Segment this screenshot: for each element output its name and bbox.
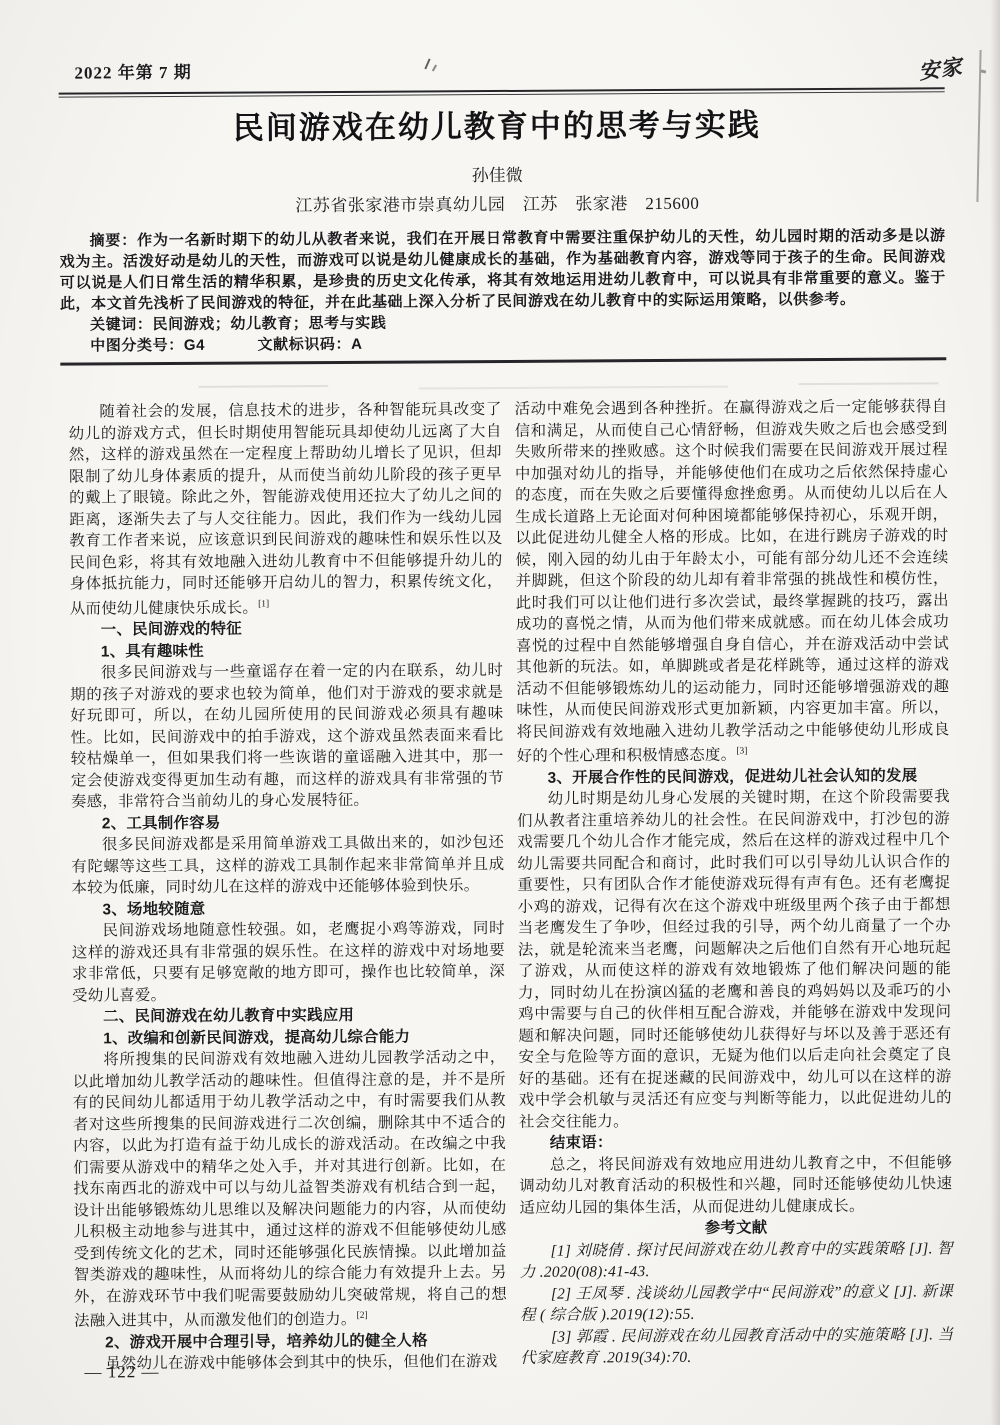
body-paragraph-continuation: 活动中难免会遇到各种挫折。在赢得游戏之后一定能够获得自信和满足，从而使自己心情舒… xyxy=(515,396,950,767)
subsection-heading: 2、游戏开展中合理引导，培养幼儿的健全人格 xyxy=(74,1330,507,1354)
section-heading: 一、民间游戏的特征 xyxy=(70,617,503,641)
abstract-text: 摘要：作为一名新时期下的幼儿从教者来说，我们在开展日常教育中需要注重保护幼儿的天… xyxy=(59,225,945,314)
scan-artifact-smudge xyxy=(418,386,728,390)
body-paragraph: 很多民间游戏与一些童谣存在着一定的内在联系，幼儿时期的孩子对游戏的要求也较为简单… xyxy=(70,660,504,813)
body-paragraph: 幼儿时期是幼儿身心发展的关键时期，在这个阶段需要我们从教者注重培养幼儿的社会性。… xyxy=(517,786,952,1133)
subsection-heading: 3、开展合作性的民间游戏，促进幼儿社会认知的发展 xyxy=(517,765,950,789)
scan-artifact-smudge xyxy=(798,382,938,385)
body-paragraph: 很多民间游戏都是采用简单游戏工具做出来的，如沙包还有陀螺等这些工具，这样的游戏工… xyxy=(71,832,504,899)
section-heading: 二、民间游戏在幼儿教育中实践应用 xyxy=(72,1004,505,1028)
citation-marker: [1] xyxy=(258,599,269,609)
author-affiliation: 江苏省张家港市崇真幼儿园 江苏 张家港 215600 xyxy=(0,187,997,218)
right-column: 活动中难免会遇到各种挫折。在赢得游戏之后一定能够获得自信和满足，从而使自己心情舒… xyxy=(515,396,954,1372)
subsection-heading: 1、具有趣味性 xyxy=(70,639,503,663)
scan-artifact-mark xyxy=(424,58,430,69)
body-paragraph: 随着社会的发展，信息技术的进步，各种智能玩具改变了幼儿的游戏方式，但长时期使用智… xyxy=(69,399,503,620)
clc-number: 中图分类号：G4 xyxy=(90,337,205,355)
reference-item: [3] 郭霞 . 民间游戏在幼儿园教育活动中的实施策略 [J]. 当代家庭教育 … xyxy=(520,1324,953,1370)
subsection-heading: 2、工具制作容易 xyxy=(71,811,504,835)
paragraph-text: 随着社会的发展，信息技术的进步，各种智能玩具改变了幼儿的游戏方式，但长时期使用智… xyxy=(69,401,503,617)
classification-line: 中图分类号：G4文献标识码：A xyxy=(60,330,946,356)
conclusion-heading: 结束语： xyxy=(519,1130,952,1154)
article-body: 随着社会的发展，信息技术的进步，各种智能玩具改变了幼儿的游戏方式，但长时期使用智… xyxy=(69,396,955,1375)
body-paragraph: 将所搜集的民间游戏有效地融入进幼儿园教学活动之中，以此增加幼儿教学活动的趣味性。… xyxy=(72,1047,507,1332)
paragraph-text: 活动中难免会遇到各种挫折。在赢得游戏之后一定能够获得自信和满足，从而使自己心情舒… xyxy=(515,398,950,765)
article-title: 民间游戏在幼儿教育中的思考与实践 xyxy=(0,98,997,149)
reference-item: [1] 刘晓倩 . 探讨民间游戏在幼儿教育中的实践策略 [J]. 智力 .202… xyxy=(520,1238,953,1284)
citation-marker: [2] xyxy=(357,1311,368,1321)
reference-item: [2] 王凤琴 . 浅谈幼儿园教学中“民间游戏”的意义 [J]. 新课程 ( 综… xyxy=(520,1281,953,1327)
abstract-block: 摘要：作为一名新时期下的幼儿从教者来说，我们在开展日常教育中需要注重保护幼儿的天… xyxy=(59,225,946,356)
scanned-content: 2022 年第 7 期 安家 民间游戏在幼儿教育中的思考与实践 孙佳微 江苏省张… xyxy=(0,0,1000,1425)
scan-artifact-smudge xyxy=(198,385,328,388)
journal-mark-calligraphy: 安家 xyxy=(917,51,964,86)
document-code: 文献标识码：A xyxy=(257,336,362,354)
body-paragraph: 民间游戏场地随意性较强。如，老鹰捉小鸡等游戏，同时这样的游戏还具有非常强的娱乐性… xyxy=(72,918,506,1007)
citation-marker: [3] xyxy=(736,746,747,756)
issue-label: 2022 年第 7 期 xyxy=(74,58,191,84)
body-paragraph: 总之，将民间游戏有效地应用进幼儿教育之中，不但能够调动幼儿对教育活动的积极性和兴… xyxy=(519,1152,952,1219)
paragraph-text: 将所搜集的民间游戏有效地融入进幼儿园教学活动之中，以此增加幼儿教学活动的趣味性。… xyxy=(73,1049,507,1330)
subsection-heading: 3、场地较随意 xyxy=(72,897,505,921)
scan-artifact-mark xyxy=(432,64,437,71)
page-number: — 122 — xyxy=(84,1362,159,1382)
subsection-heading: 1、改编和创新民间游戏，提高幼儿综合能力 xyxy=(72,1026,505,1050)
journal-page: 2022 年第 7 期 安家 民间游戏在幼儿教育中的思考与实践 孙佳微 江苏省张… xyxy=(0,0,1000,1425)
abstract-bottom-rule xyxy=(60,357,946,365)
references-heading: 参考文献 xyxy=(520,1216,953,1240)
author-name: 孙佳微 xyxy=(0,158,997,189)
header-double-rule xyxy=(59,87,945,97)
left-column: 随着社会的发展，信息技术的进步，各种智能玩具改变了幼儿的游戏方式，但长时期使用智… xyxy=(69,399,508,1375)
